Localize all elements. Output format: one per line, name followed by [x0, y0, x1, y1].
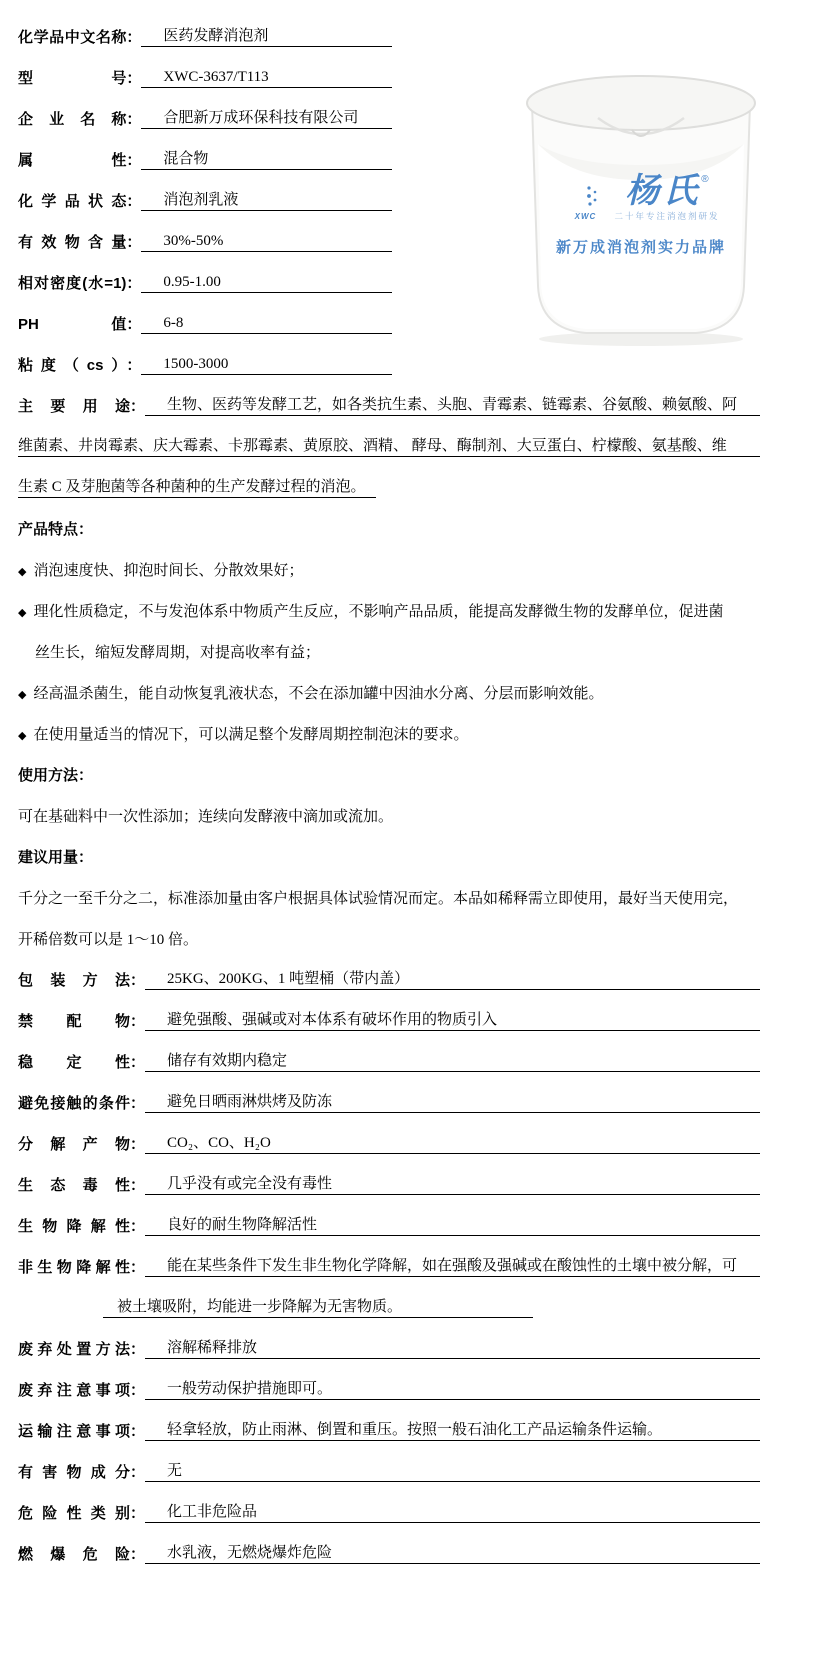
- field-label: 运输注意事项: [18, 1420, 130, 1441]
- field-row-disposal-method: 废弃处置方法： 溶解稀释排放: [18, 1318, 760, 1359]
- field-value: 水乳液，无燃烧爆炸危险: [145, 1541, 760, 1564]
- field-value-line3: 生素 C 及芽胞菌等各种菌种的生产发酵过程的消泡。: [18, 457, 760, 498]
- field-value: 0.95-1.00: [141, 274, 392, 293]
- field-label: 分解产物: [18, 1133, 130, 1154]
- field-value: 混合物: [141, 147, 392, 170]
- field-label: 避免接触的条件: [18, 1092, 130, 1113]
- field-row-attribute: 属性： 混合物: [18, 129, 392, 170]
- crescent-moon-icon: [562, 176, 608, 216]
- field-value: 合肥新万成环保科技有限公司: [141, 106, 392, 129]
- field-row-chemical-name: 化学品中文名称： 医药发酵消泡剂: [18, 6, 392, 47]
- product-spec-document: 化学品中文名称： 医药发酵消泡剂 型号： XWC-3637/T113 企业名称：…: [0, 0, 830, 1666]
- field-label: 包装方法: [18, 969, 130, 990]
- field-row-active-content: 有效物含量： 30%-50%: [18, 211, 392, 252]
- field-value: 25KG、200KG、1 吨塑桶（带内盖）: [145, 967, 760, 990]
- field-row-conditions-to-avoid: 避免接触的条件： 避免日晒雨淋烘烤及防冻: [18, 1072, 760, 1113]
- field-row-non-biodegradability: 非生物降解性： 能在某些条件下发生非生物化学降解，如在强酸及强碱或在酸蚀性的土壤…: [18, 1236, 760, 1318]
- field-row-viscosity: 粘度（cs）： 1500-3000: [18, 334, 392, 375]
- field-label: 粘度（cs）: [18, 354, 126, 375]
- field-label: 燃爆危险: [18, 1543, 130, 1564]
- field-value: 消泡剂乳液: [141, 188, 392, 211]
- feature-item: ◆ 在使用量适当的情况下，可以满足整个发酵周期控制泡沫的要求。: [18, 703, 760, 744]
- registered-mark: ®: [701, 174, 708, 185]
- top-fields: 化学品中文名称： 医药发酵消泡剂 型号： XWC-3637/T113 企业名称：…: [18, 6, 392, 375]
- field-value: CO₂、CO、H₂O: [145, 1131, 760, 1154]
- field-label: 主要用途: [18, 395, 130, 416]
- field-row-disposal-precautions: 废弃注意事项： 一般劳动保护措施即可。: [18, 1359, 760, 1400]
- field-label: 有害物成分: [18, 1461, 130, 1482]
- field-value: 避免日晒雨淋烘烤及防冻: [145, 1090, 760, 1113]
- feature-item-continuation: 丝生长，缩短发酵周期，对提高收率有益；: [18, 621, 760, 662]
- field-value: 医药发酵消泡剂: [141, 24, 392, 47]
- field-row-ecotoxicity: 生态毒性： 几乎没有或完全没有毒性: [18, 1154, 760, 1195]
- field-label: 型号: [18, 67, 126, 88]
- field-label: 相对密度(水=1): [18, 272, 126, 293]
- field-label: 非生物降解性: [18, 1256, 130, 1277]
- feature-item: ◆ 消泡速度快、抑泡时间长、分散效果好；: [18, 539, 760, 580]
- field-label: 化学品状态: [18, 190, 126, 211]
- field-label: 生态毒性: [18, 1174, 130, 1195]
- dosage-text-line1: 千分之一至千分之二，标准添加量由客户根据具体试验情况而定。本品如稀释需立即使用，…: [18, 867, 760, 908]
- field-label: 企业名称: [18, 108, 126, 129]
- field-value: 1500-3000: [141, 356, 392, 375]
- section-heading-dosage: 建议用量：: [18, 826, 760, 867]
- field-row-incompatibles: 禁配物： 避免强酸、强碱或对本体系有破坏作用的物质引入: [18, 990, 760, 1031]
- field-row-ph: PH 值： 6-8: [18, 293, 392, 334]
- field-value: 溶解稀释排放: [145, 1336, 760, 1359]
- brand-subtitle: 二十年专注消泡剂研发: [614, 210, 719, 222]
- field-value: 储存有效期内稳定: [145, 1049, 760, 1072]
- field-row-model: 型号： XWC-3637/T113: [18, 47, 392, 88]
- dosage-text-line2: 开稀倍数可以是 1～10 倍。: [18, 908, 760, 949]
- field-label: 禁配物: [18, 1010, 130, 1031]
- feature-item: ◆ 经高温杀菌生，能自动恢复乳液状态，不会在添加罐中因油水分离、分层而影响效能。: [18, 662, 760, 703]
- field-label: 危险性类别: [18, 1502, 130, 1523]
- field-value: 30%-50%: [141, 233, 392, 252]
- field-main-use: 主要用途： 生物、医药等发酵工艺，如各类抗生素、头胞、青霉素、链霉素、谷氨酸、赖…: [18, 375, 760, 498]
- brand-logo: XWC 杨氏® 二十年专注消泡剂研发 新万成消泡剂实力品牌: [480, 174, 802, 257]
- field-label: 生物降解性: [18, 1215, 130, 1236]
- usage-text: 可在基础料中一次性添加；连续向发酵液中滴加或流加。: [18, 785, 760, 826]
- field-value: 无: [145, 1459, 760, 1482]
- field-value: 生物、医药等发酵工艺，如各类抗生素、头胞、青霉素、链霉素、谷氨酸、赖氨酸、阿: [145, 393, 760, 416]
- field-value: 避免强酸、强碱或对本体系有破坏作用的物质引入: [145, 1008, 760, 1031]
- top-section: 化学品中文名称： 医药发酵消泡剂 型号： XWC-3637/T113 企业名称：…: [18, 6, 760, 375]
- field-row-decomposition-products: 分解产物： CO₂、CO、H₂O: [18, 1113, 760, 1154]
- brand-prefix: XWC: [575, 212, 597, 221]
- brand-tagline: 新万成消泡剂实力品牌: [480, 236, 802, 257]
- field-value: 几乎没有或完全没有毒性: [145, 1172, 760, 1195]
- field-row-harmful-ingredients: 有害物成分： 无: [18, 1441, 760, 1482]
- field-row-hazard-class: 危险性类别： 化工非危险品: [18, 1482, 760, 1523]
- field-row-biodegradability: 生物降解性： 良好的耐生物降解活性: [18, 1195, 760, 1236]
- field-row-transport-precautions: 运输注意事项： 轻拿轻放，防止雨淋、倒置和重压。按照一般石油化工产品运输条件运输…: [18, 1400, 760, 1441]
- section-heading-features: 产品特点：: [18, 498, 760, 539]
- diamond-bullet-icon: ◆: [18, 688, 26, 701]
- field-row-fire-explosion-hazard: 燃爆危险： 水乳液，无燃烧爆炸危险: [18, 1523, 760, 1564]
- field-row-state: 化学品状态： 消泡剂乳液: [18, 170, 392, 211]
- diamond-bullet-icon: ◆: [18, 565, 26, 578]
- diamond-bullet-icon: ◆: [18, 606, 26, 619]
- field-label: 化学品中文名称: [18, 26, 126, 47]
- brand-name: 杨氏: [625, 172, 701, 210]
- field-label: 属性: [18, 149, 126, 170]
- section-heading-usage: 使用方法：: [18, 744, 760, 785]
- field-value: XWC-3637/T113: [141, 69, 392, 88]
- field-value: 能在某些条件下发生非生物化学降解，如在强酸及强碱或在酸蚀性的土壤中被分解，可: [145, 1254, 760, 1277]
- feature-item: ◆ 理化性质稳定，不与发泡体系中物质产生反应，不影响产品品质，能提高发酵微生物的…: [18, 580, 760, 621]
- field-value: 6-8: [141, 315, 392, 334]
- field-row-stability: 稳定性： 储存有效期内稳定: [18, 1031, 760, 1072]
- field-label: 废弃注意事项: [18, 1379, 130, 1400]
- field-label: 稳定性: [18, 1051, 130, 1072]
- field-row-density: 相对密度(水=1)： 0.95-1.00: [18, 252, 392, 293]
- field-value-line2: 被土壤吸附，均能进一步降解为无害物质。: [103, 1295, 533, 1318]
- field-row-company: 企业名称： 合肥新万成环保科技有限公司: [18, 88, 392, 129]
- field-label: 有效物含量: [18, 231, 126, 252]
- field-value: 化工非危险品: [145, 1500, 760, 1523]
- field-value-line2: 维菌素、井岗霉素、庆大霉素、卡那霉素、黄原胶、酒精、 酵母、酶制剂、大豆蛋白、柠…: [18, 416, 760, 457]
- diamond-bullet-icon: ◆: [18, 729, 26, 742]
- field-label: 废弃处置方法: [18, 1338, 130, 1359]
- field-row-packaging: 包装方法： 25KG、200KG、1 吨塑桶（带内盖）: [18, 949, 760, 990]
- field-value: 一般劳动保护措施即可。: [145, 1377, 760, 1400]
- field-label: PH 值: [18, 313, 126, 334]
- field-value: 良好的耐生物降解活性: [145, 1213, 760, 1236]
- product-photo: XWC 杨氏® 二十年专注消泡剂研发 新万成消泡剂实力品牌: [480, 46, 802, 348]
- field-value: 轻拿轻放，防止雨淋、倒置和重压。按照一般石油化工产品运输条件运输。: [145, 1418, 760, 1441]
